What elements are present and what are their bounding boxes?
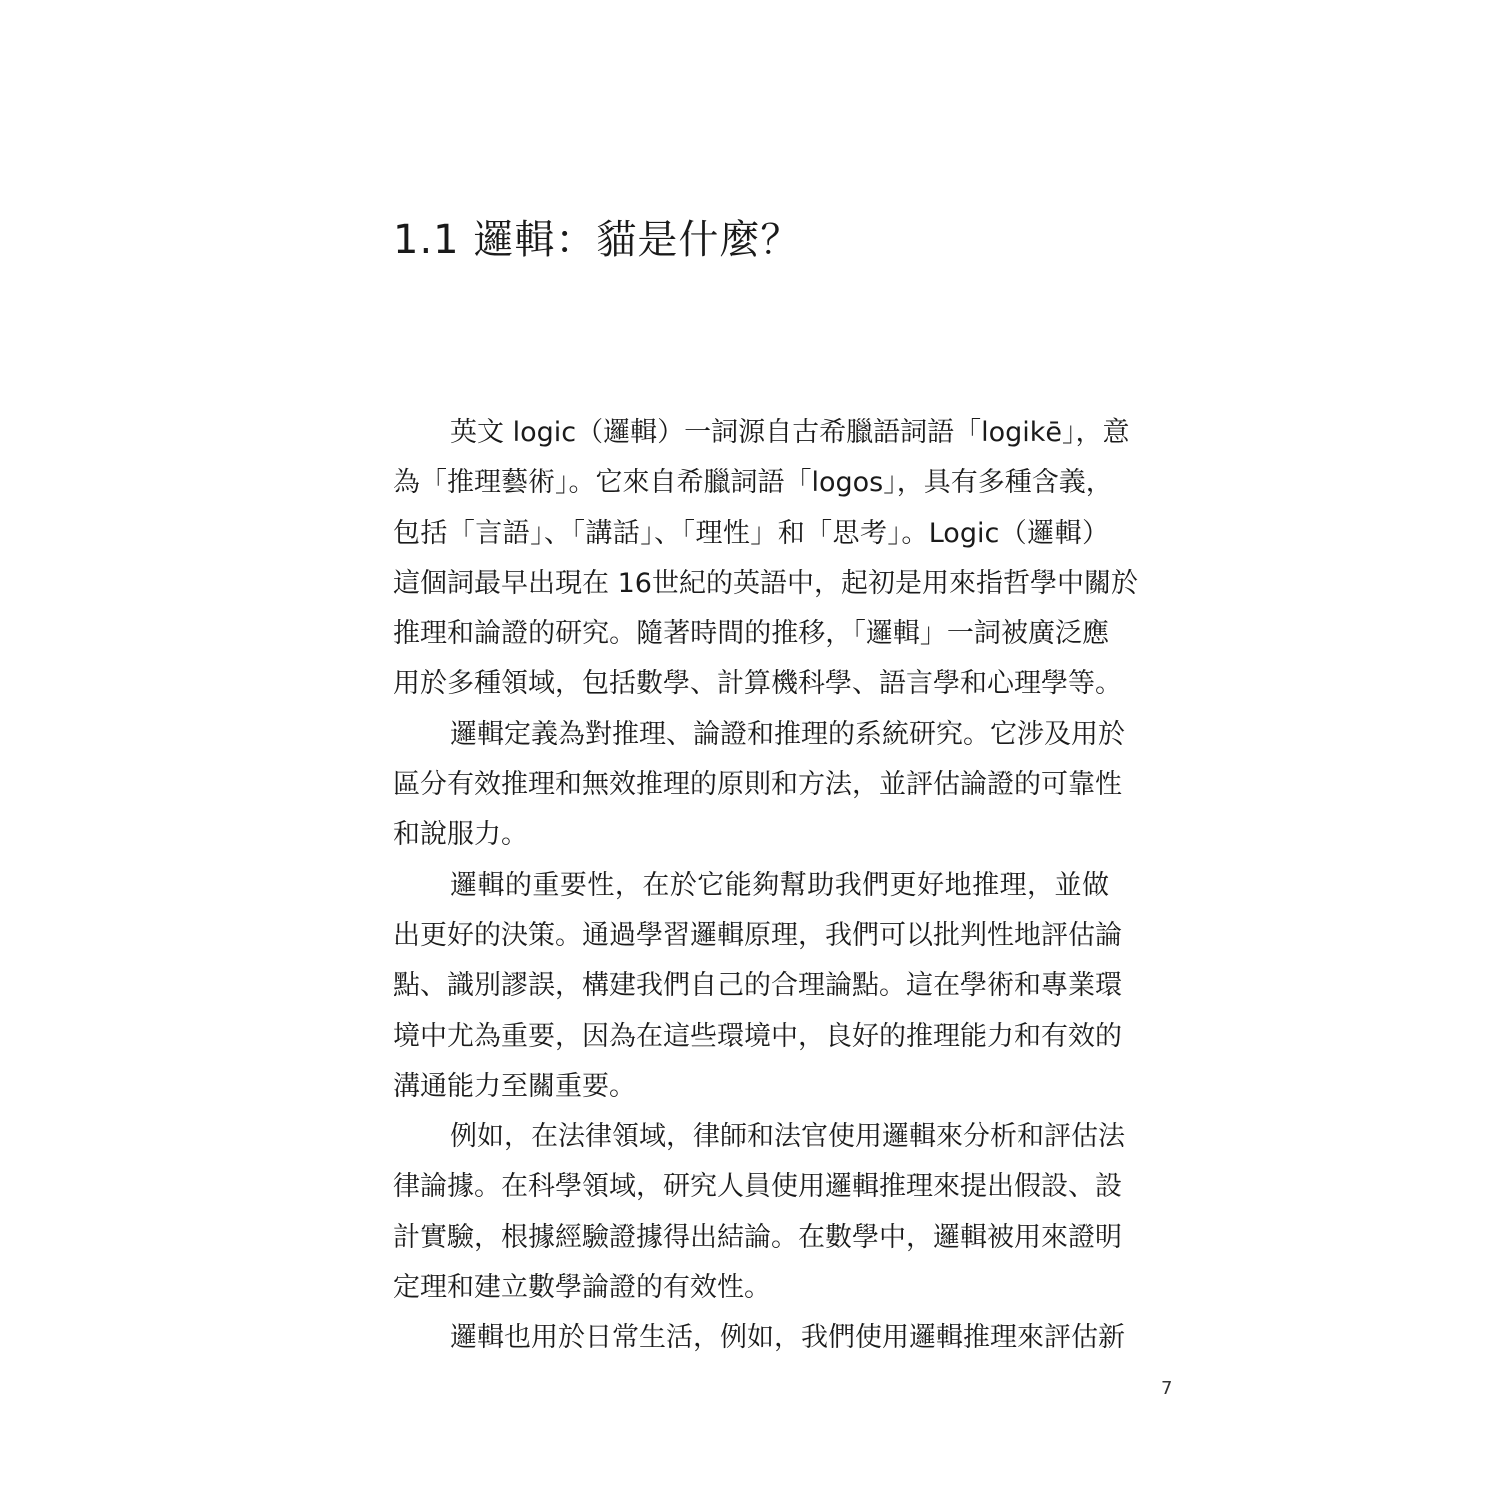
text-line: 出更好的決策。通過學習邏輯原理，我們可以批判性地評估論 (393, 915, 1109, 965)
section-title: 1.1 邏輯：貓是什麼？ (393, 212, 801, 268)
text-line: 為「推理藝術」。它來自希臘詞語「logos」，具有多種含義， (393, 462, 1109, 512)
body-text: 英文 logic（邏輯）一詞源自古希臘語詞語「logikē」，意 為「推理藝術」… (393, 412, 1109, 1368)
paragraph-2: 邏輯定義為對推理、論證和推理的系統研究。它涉及用於 區分有效推理和無效推理的原則… (393, 714, 1109, 865)
text-line: 這個詞最早出現在 16世紀的英語中，起初是用來指哲學中關於 (393, 563, 1109, 613)
text-line: 和說服力。 (393, 814, 1109, 864)
text-line: 邏輯的重要性，在於它能夠幫助我們更好地推理，並做 (393, 865, 1109, 915)
text-line: 溝通能力至關重要。 (393, 1066, 1109, 1116)
paragraph-1: 英文 logic（邏輯）一詞源自古希臘語詞語「logikē」，意 為「推理藝術」… (393, 412, 1109, 714)
text-line: 包括「言語」、「講話」、「理性」和「思考」。Logic（邏輯） (393, 513, 1109, 563)
text-line: 英文 logic（邏輯）一詞源自古希臘語詞語「logikē」，意 (393, 412, 1109, 462)
paragraph-4: 例如，在法律領域，律師和法官使用邏輯來分析和評估法 律論據。在科學領域，研究人員… (393, 1116, 1109, 1317)
text-line: 計實驗，根據經驗證據得出結論。在數學中，邏輯被用來證明 (393, 1217, 1109, 1267)
page-number: 7 (1161, 1378, 1172, 1400)
text-line: 推理和論證的研究。隨著時間的推移，「邏輯」一詞被廣泛應 (393, 613, 1109, 663)
paragraph-3: 邏輯的重要性，在於它能夠幫助我們更好地推理，並做 出更好的決策。通過學習邏輯原理… (393, 865, 1109, 1116)
paragraph-5: 邏輯也用於日常生活，例如，我們使用邏輯推理來評估新 (393, 1317, 1109, 1367)
text-line: 境中尤為重要，因為在這些環境中，良好的推理能力和有效的 (393, 1016, 1109, 1066)
text-line: 點、識別謬誤，構建我們自己的合理論點。這在學術和專業環 (393, 965, 1109, 1015)
text-line: 定理和建立數學論證的有效性。 (393, 1267, 1109, 1317)
document-page: 1.1 邏輯：貓是什麼？ 英文 logic（邏輯）一詞源自古希臘語詞語「logi… (0, 0, 1500, 1500)
text-line: 邏輯定義為對推理、論證和推理的系統研究。它涉及用於 (393, 714, 1109, 764)
text-line: 邏輯也用於日常生活，例如，我們使用邏輯推理來評估新 (393, 1317, 1109, 1367)
text-line: 律論據。在科學領域，研究人員使用邏輯推理來提出假設、設 (393, 1166, 1109, 1216)
text-line: 例如，在法律領域，律師和法官使用邏輯來分析和評估法 (393, 1116, 1109, 1166)
text-line: 區分有效推理和無效推理的原則和方法，並評估論證的可靠性 (393, 764, 1109, 814)
text-line: 用於多種領域，包括數學、計算機科學、語言學和心理學等。 (393, 663, 1109, 713)
